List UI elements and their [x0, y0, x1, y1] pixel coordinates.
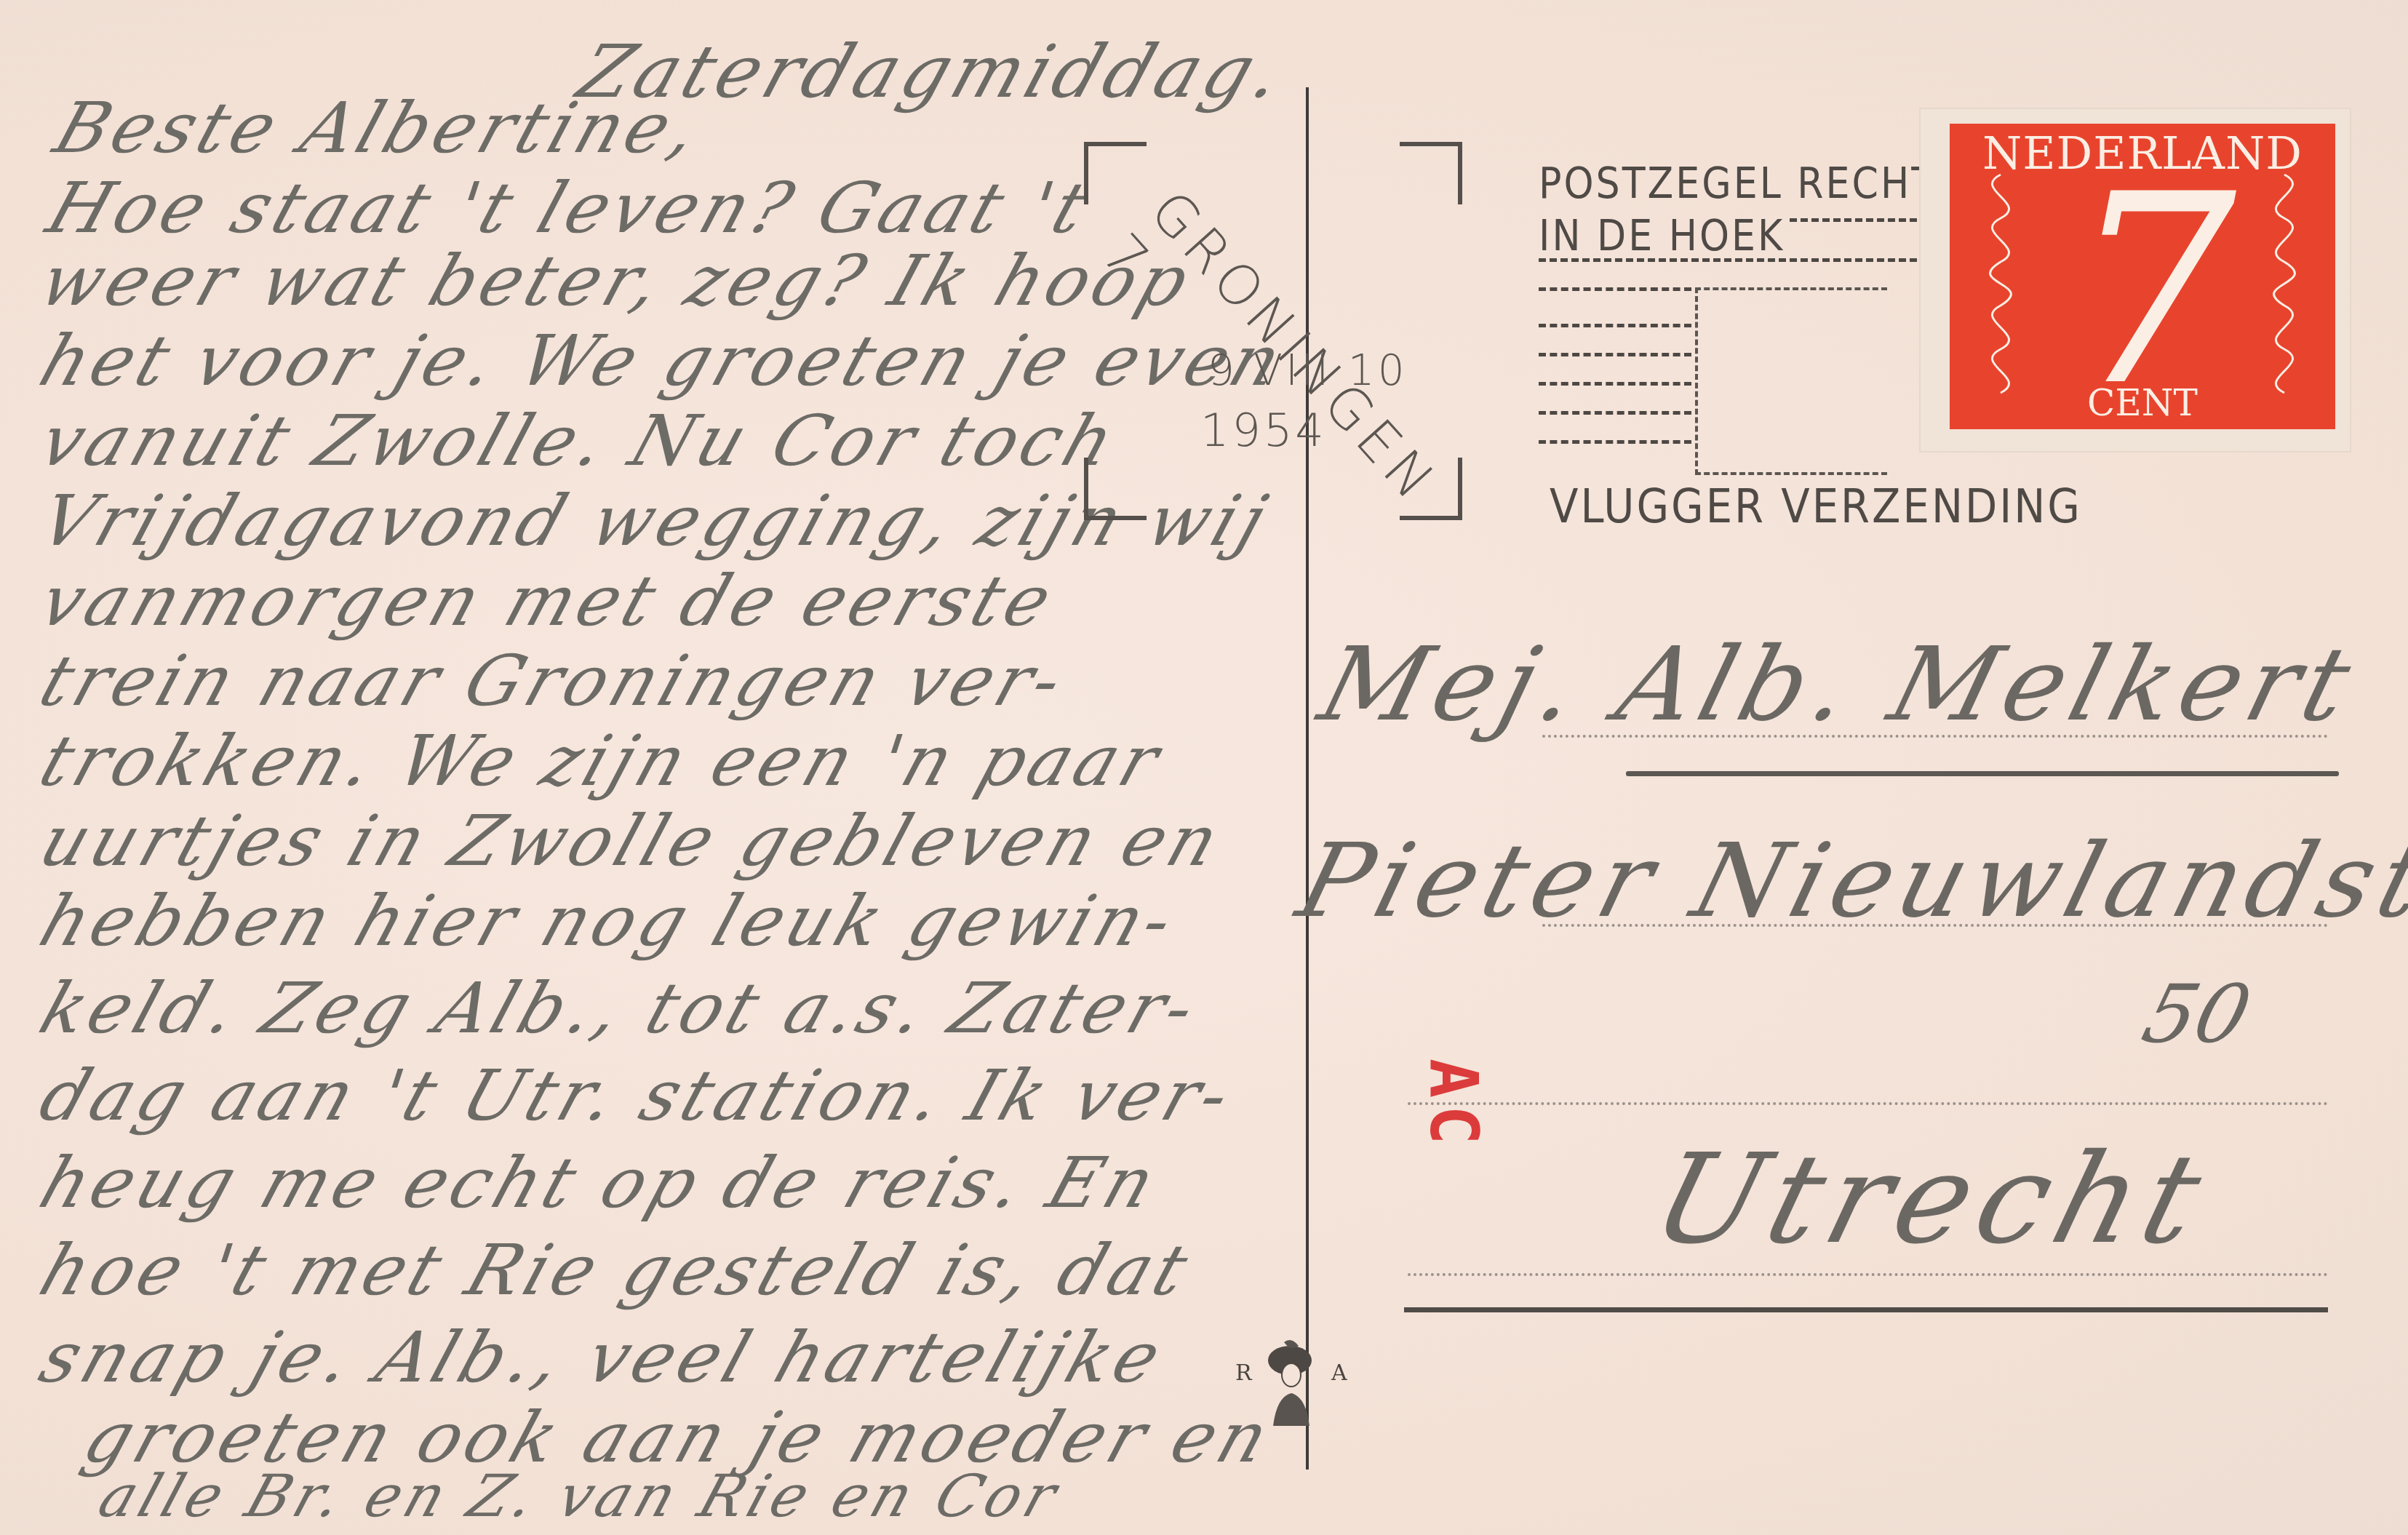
- message-line: trokken. We zijn een 'n paar: [31, 720, 1173, 802]
- postmark-year: 1954: [1200, 404, 1327, 457]
- cancel-box: [1695, 287, 1887, 475]
- recipient-house-number: 50: [2134, 968, 2260, 1061]
- message-line: vanmorgen met de eerste: [31, 560, 1066, 642]
- address-dotted-line: [1408, 1273, 2328, 1276]
- recipient-city: Utrecht: [1639, 1128, 2224, 1272]
- message-line: trein naar Groningen ver-: [31, 640, 1077, 722]
- cancel-wave-line: [1539, 382, 1691, 388]
- message-line: heug me echt op de reis. En: [31, 1142, 1169, 1224]
- message-line: hebben hier nog leuk gewin-: [31, 880, 1187, 962]
- message-line: uurtjes in Zwolle gebleven en: [31, 800, 1233, 882]
- message-line: hoe 't met Rie gesteld is, dat: [31, 1229, 1202, 1311]
- postmark: GRONINGEN 7 9 VIII 10 1954: [1084, 142, 1462, 520]
- message-line: dag aan 't Utr. station. Ik ver-: [31, 1055, 1244, 1136]
- name-underline: [1626, 771, 2339, 776]
- message-line: Beste Albertine,: [45, 87, 713, 169]
- cancel-wave-line: [1539, 353, 1691, 359]
- address-bottom-rule: [1404, 1307, 2328, 1312]
- cancel-wave-line: [1539, 287, 1691, 294]
- printer-initial-left: R: [1235, 1360, 1252, 1386]
- recipient-name: Mej. Alb. Melkert: [1308, 626, 2369, 744]
- message-line: Hoe staat 't leven? Gaat 't: [38, 167, 1101, 249]
- cancel-wave-line: [1539, 324, 1691, 330]
- message-line: alle Br. en Z. van Rie en Cor: [91, 1462, 1069, 1530]
- lady-portrait-icon: [1262, 1339, 1317, 1426]
- cancel-slogan-line-2: IN DE HOEK: [1539, 211, 1785, 260]
- stamp-unit: CENT: [1950, 382, 2335, 424]
- message-line: keld. Zeg Alb., tot a.s. Zater-: [31, 968, 1209, 1049]
- address-dotted-line: [1408, 1102, 2328, 1105]
- message-line: snap je. Alb., veel hartelijke: [31, 1317, 1175, 1398]
- cancel-wave-line: [1539, 440, 1691, 447]
- cancel-slogan-line-3: VLUGGER VERZENDING: [1550, 480, 2082, 534]
- message-line: weer wat beter, zeg? Ik hoop: [31, 240, 1203, 322]
- postcard: Zaterdagmiddag. Beste Albertine, Hoe sta…: [0, 0, 2408, 1535]
- printer-mark: R A: [1229, 1331, 1346, 1433]
- printer-initial-right: A: [1331, 1360, 1347, 1386]
- cancel-wave-line: [1539, 411, 1691, 418]
- recipient-street: Pieter Nieuwlandstraat: [1286, 822, 2408, 941]
- postmark-date: 9 VIII 10: [1208, 346, 1408, 395]
- postage-stamp: NEDERLAND 7 CENT: [1921, 109, 2350, 451]
- red-annotation-mark: AC: [1415, 1058, 1491, 1152]
- message-line: vanuit Zwolle. Nu Cor toch: [31, 400, 1128, 482]
